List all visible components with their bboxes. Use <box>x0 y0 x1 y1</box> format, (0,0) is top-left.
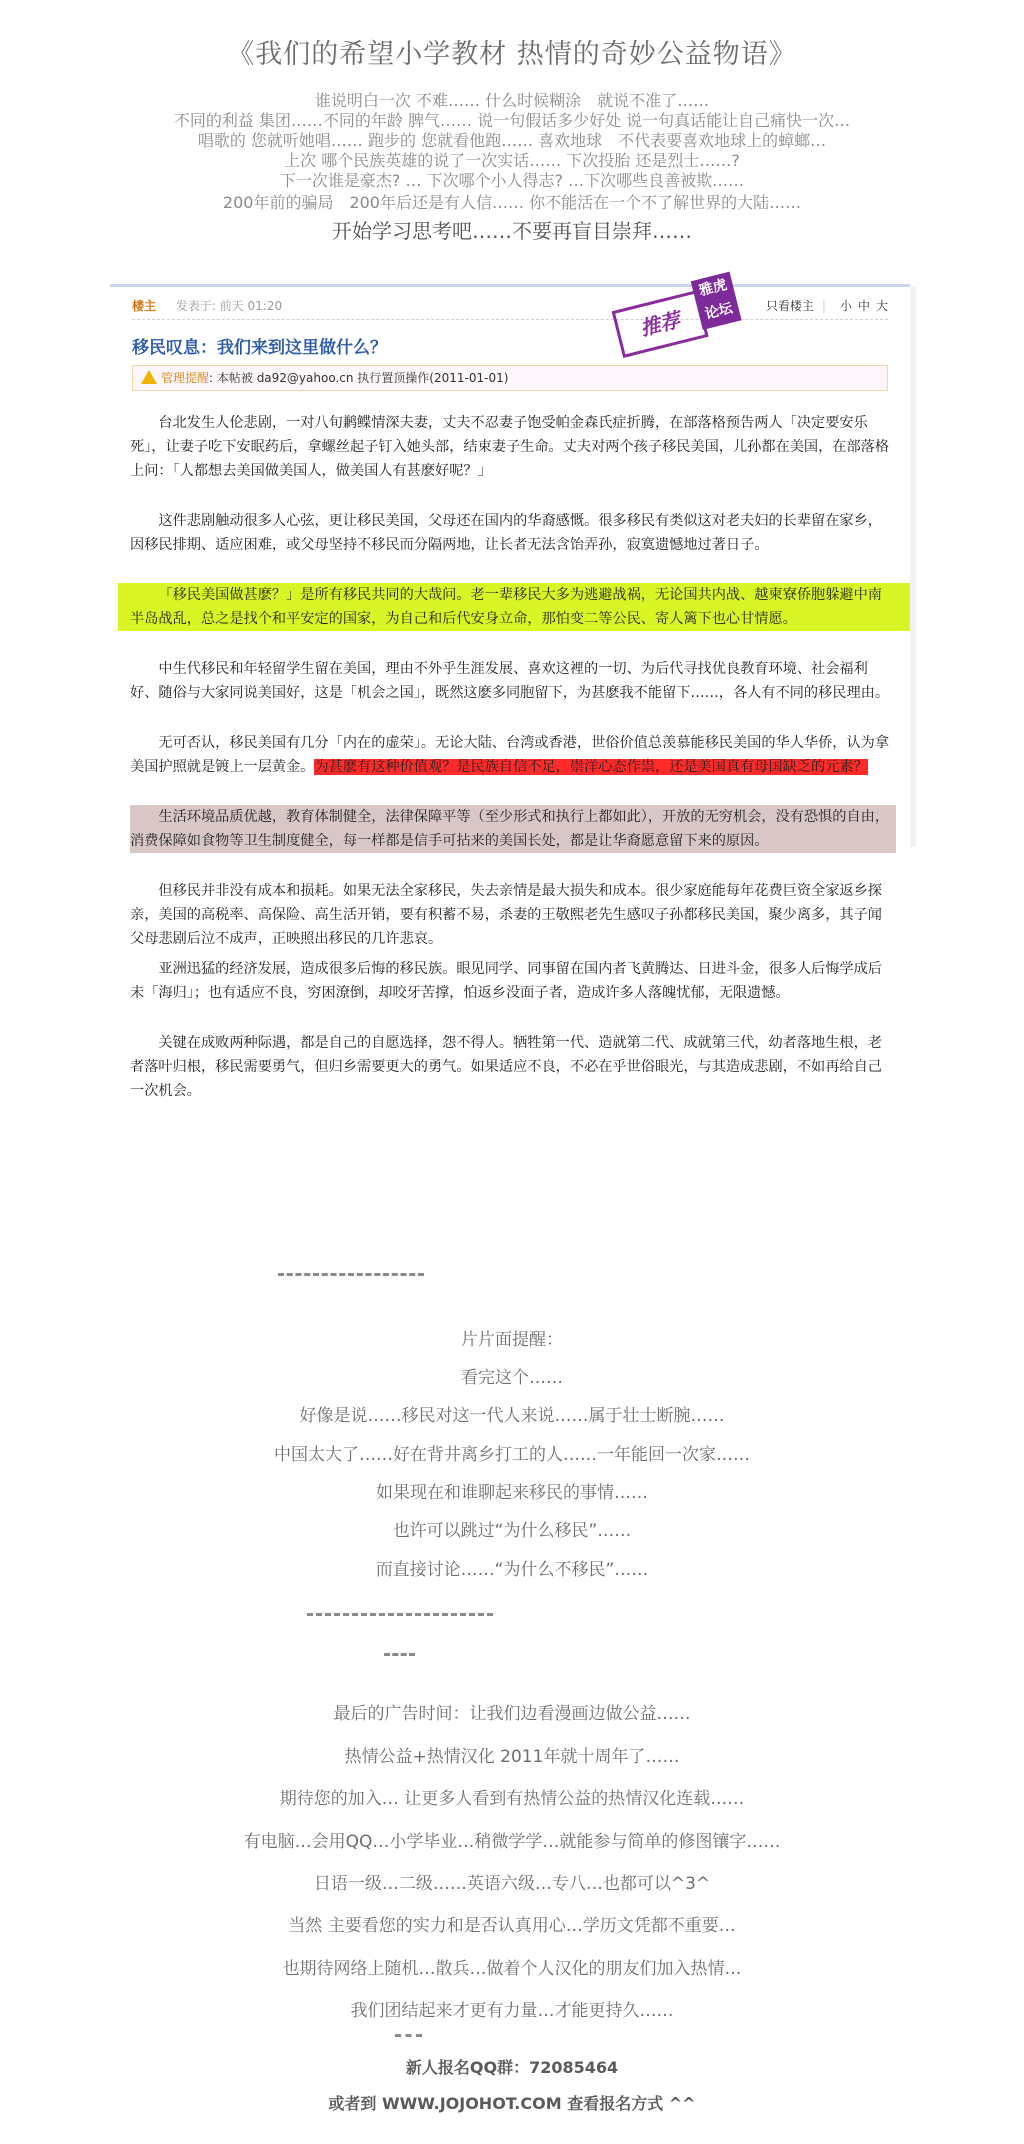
post-body: 台北发生人伦悲剧，一对八旬鹣鲽情深夫妻，丈夫不忍妻子饱受帕金森氏症折腾，在部落格… <box>130 411 896 1129</box>
recommend-stamp: 推荐 雅虎 论坛 <box>608 266 752 367</box>
ad-line: 我们团结起来才更有力量…才能更持久…… <box>0 1996 1024 2021</box>
paragraph: 但移民并非没有成本和损耗。如果无法全家移民，失去亲情是最大损失和成本。很少家庭能… <box>130 879 896 951</box>
ad-line: 最后的广告时间：让我们边看漫画边做公益…… <box>0 1699 1024 1724</box>
intro-line: 下一次谁是豪杰? … 下次哪个小人得志? …下次哪些良善被欺…… <box>0 168 1024 191</box>
paragraph: 台北发生人伦悲剧，一对八旬鹣鲽情深夫妻，丈夫不忍妻子饱受帕金森氏症折腾，在部落格… <box>130 411 896 483</box>
divider-dashes <box>307 1613 493 1616</box>
ad-line: 日语一级…二级……英语六级…专八…也都可以^3^ <box>0 1869 1024 1894</box>
qq-group-info: 新人报名QQ群：72085464 <box>0 2055 1024 2078</box>
divider: | <box>822 299 826 313</box>
font-size-small[interactable]: 小 <box>840 299 852 313</box>
divider-dashes-short <box>384 1653 415 1656</box>
ad-line: 当然 主要看您的实力和是否认真用心…学历文凭都不重要… <box>0 1911 1024 1936</box>
warning-icon <box>141 370 157 384</box>
intro-call-to-action: 开始学习思考吧……不要再盲目崇拜…… <box>0 215 1024 244</box>
afterword-line: 中国太大了……好在背井离乡打工的人……一年能回一次家…… <box>0 1440 1024 1465</box>
divider-dashes-short <box>395 2034 422 2037</box>
highlighted-paragraph: 「移民美国做甚麽？」是所有移民共同的大哉问。老一辈移民大多为逃避战祸，无论国共内… <box>118 583 910 631</box>
posted-time: 发表于: 前天 01:20 <box>176 299 282 313</box>
forum-post: 楼主 发表于: 前天 01:20 只看楼主|小中大 推荐 雅虎 论坛 移民叹息：… <box>110 284 910 1252</box>
ad-line: 热情公益+热情汉化 2011年就十周年了…… <box>0 1742 1024 1767</box>
afterword-line: 如果现在和谁聊起来移民的事情…… <box>0 1478 1024 1503</box>
afterword-line: 看完这个…… <box>0 1363 1024 1388</box>
highlighted-paragraph: 生活环境品质优越，教育体制健全，法律保障平等（至少形式和执行上都如此），开放的无… <box>130 805 896 853</box>
only-author-link[interactable]: 只看楼主 <box>766 299 814 313</box>
intro-line: 200年前的骗局 200年后还是有人信…… 你不能活在一个不了解世界的大陆…… <box>0 190 1024 213</box>
afterword-line: 也许可以跳过“为什么移民”…… <box>0 1516 1024 1541</box>
post-scroll-edge <box>910 287 916 847</box>
author-label[interactable]: 楼主 <box>132 299 156 313</box>
afterword-line: 好像是说……移民对这一代人来说……属于壮士断腕…… <box>0 1401 1024 1426</box>
post-view-options: 只看楼主|小中大 <box>766 297 888 314</box>
stamp-text: 推荐 <box>612 290 709 358</box>
ad-line: 也期待网络上随机…散兵…做着个人汉化的朋友们加入热情… <box>0 1954 1024 1979</box>
ad-line: 期待您的加入… 让更多人看到有热情公益的热情汉化连载…… <box>0 1784 1024 1809</box>
paragraph: 亚洲迅猛的经济发展，造成很多后悔的移民族。眼见同学、同事留在国内者飞黄腾达、日进… <box>130 957 896 1005</box>
highlighted-question: 为甚麽有这种价值观？是民族自信不足，崇洋心态作祟，还是美国真有母国缺乏的元素？ <box>314 759 867 775</box>
notice-text: : 本帖被 da92@yahoo.cn 执行置顶操作(2011-01-01) <box>209 371 508 385</box>
post-header: 楼主 发表于: 前天 01:20 只看楼主|小中大 <box>132 297 888 320</box>
website-info[interactable]: 或者到 WWW.JOJOHOT.COM 查看报名方式 ^^ <box>0 2091 1024 2114</box>
afterword-line: 而直接讨论……“为什么不移民”…… <box>0 1555 1024 1580</box>
paragraph: 关键在成败两种际遇，都是自己的自愿选择，怨不得人。牺牲第一代、造就第二代、成就第… <box>130 1031 896 1103</box>
divider-dashes <box>278 1273 424 1276</box>
page-title: 《我们的希望小学教材 热情的奇妙公益物语》 <box>0 32 1024 71</box>
font-size-large[interactable]: 大 <box>876 299 888 313</box>
reminder-title: 片片面提醒： <box>0 1325 1024 1350</box>
ad-line: 有电脑…会用QQ…小学毕业…稍微学学…就能参与简单的修图镶字…… <box>0 1827 1024 1852</box>
post-title: 移民叹息：我们来到这里做什么？ <box>132 333 387 358</box>
notice-label: 管理提醒 <box>161 371 209 385</box>
paragraph: 这件悲剧触动很多人心弦，更让移民美国，父母还在国内的华裔感慨。很多移民有类似这对… <box>130 509 896 557</box>
admin-notice: 管理提醒: 本帖被 da92@yahoo.cn 执行置顶操作(2011-01-0… <box>132 365 888 391</box>
paragraph: 中生代移民和年轻留学生留在美国，理由不外乎生涯发展、喜欢这裡的一切、为后代寻找优… <box>130 657 896 705</box>
paragraph: 无可否认，移民美国有几分「内在的虚荣」。无论大陆、台湾或香港，世俗价值总羡慕能移… <box>130 731 896 779</box>
font-size-medium[interactable]: 中 <box>858 299 870 313</box>
